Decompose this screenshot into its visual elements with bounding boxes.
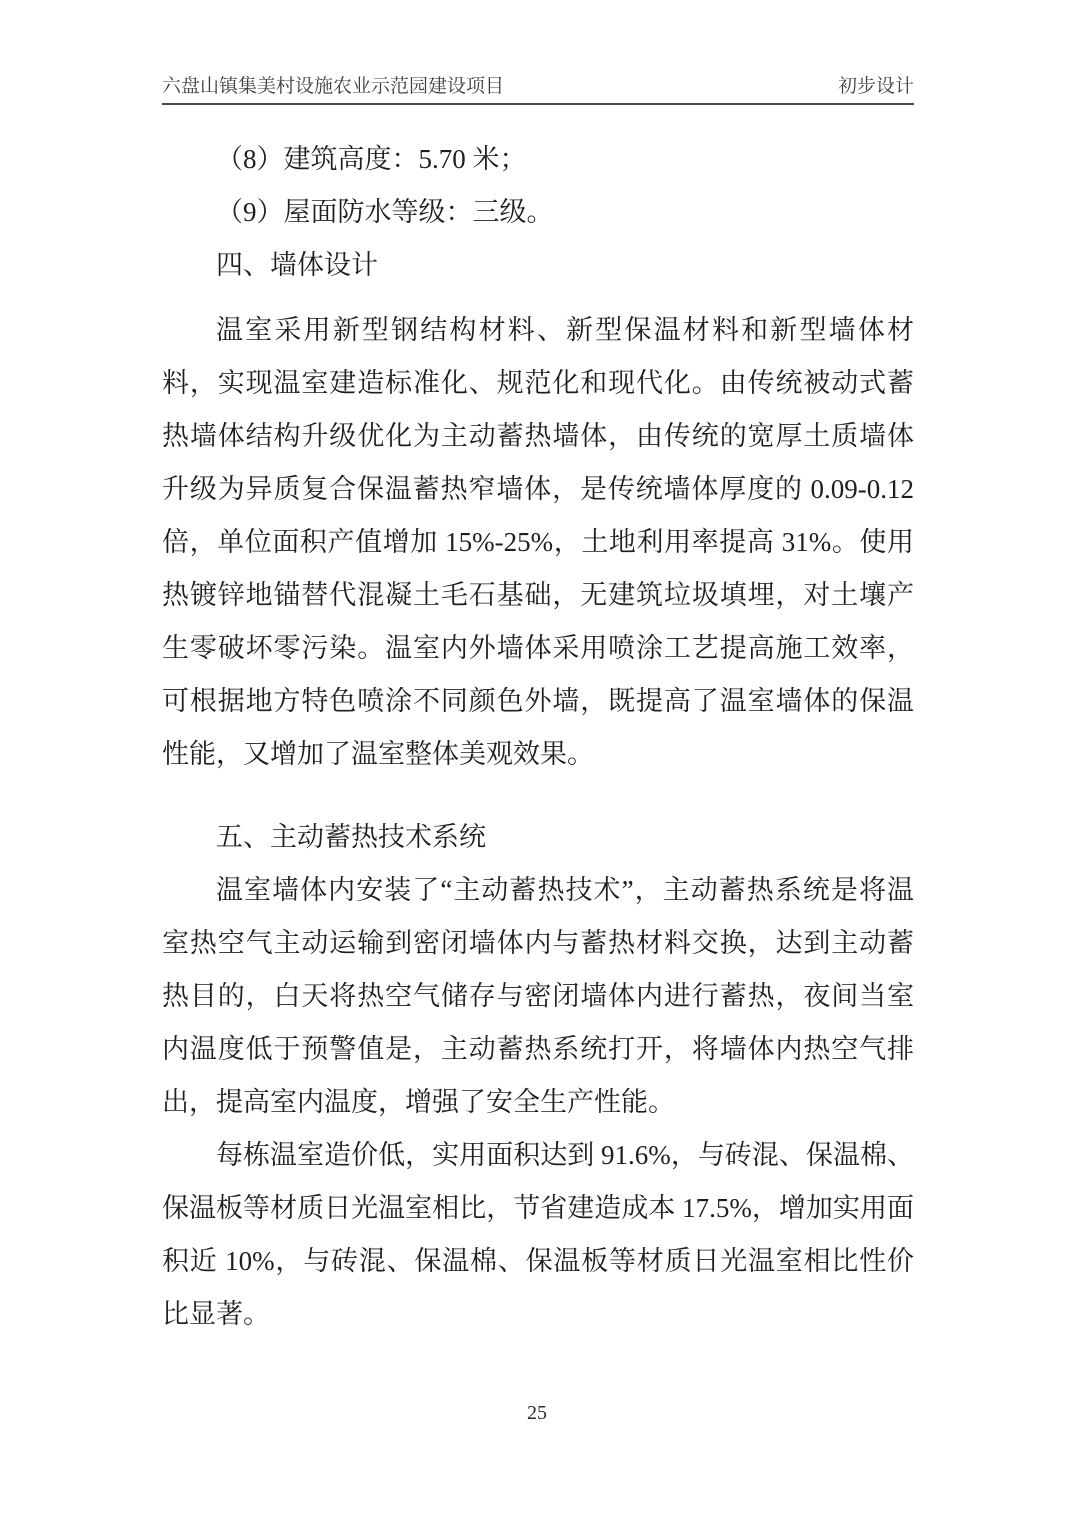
- header-doc-stage: 初步设计: [838, 76, 914, 98]
- paragraph-active-heat-system: 温室墙体内安装了“主动蓄热技术”，主动蓄热系统是将温室热空气主动运输到密闭墙体内…: [162, 864, 914, 1129]
- list-item-8: （8）建筑高度：5.70 米；: [162, 133, 914, 186]
- section-heading-active-heat-system: 五、主动蓄热技术系统: [162, 811, 914, 864]
- paragraph-wall-design: 温室采用新型钢结构材料、新型保温材料和新型墙体材料，实现温室建造标准化、规范化和…: [162, 304, 914, 781]
- header-project-title: 六盘山镇集美村设施农业示范园建设项目: [162, 76, 504, 98]
- section-heading-wall-design: 四、墙体设计: [162, 239, 914, 292]
- page-number: 25: [527, 1402, 547, 1424]
- paragraph-cost-benefit: 每栋温室造价低，实用面积达到 91.6%，与砖混、保温棉、保温板等材质日光温室相…: [162, 1129, 914, 1341]
- list-item-9: （9）屋面防水等级：三级。: [162, 186, 914, 239]
- page-header: 六盘山镇集美村设施农业示范园建设项目 初步设计: [162, 76, 914, 105]
- page-footer: 25: [0, 1400, 1074, 1426]
- document-body: （8）建筑高度：5.70 米； （9）屋面防水等级：三级。 四、墙体设计 温室采…: [162, 133, 914, 1341]
- document-page: 六盘山镇集美村设施农业示范园建设项目 初步设计 （8）建筑高度：5.70 米； …: [0, 0, 1074, 1520]
